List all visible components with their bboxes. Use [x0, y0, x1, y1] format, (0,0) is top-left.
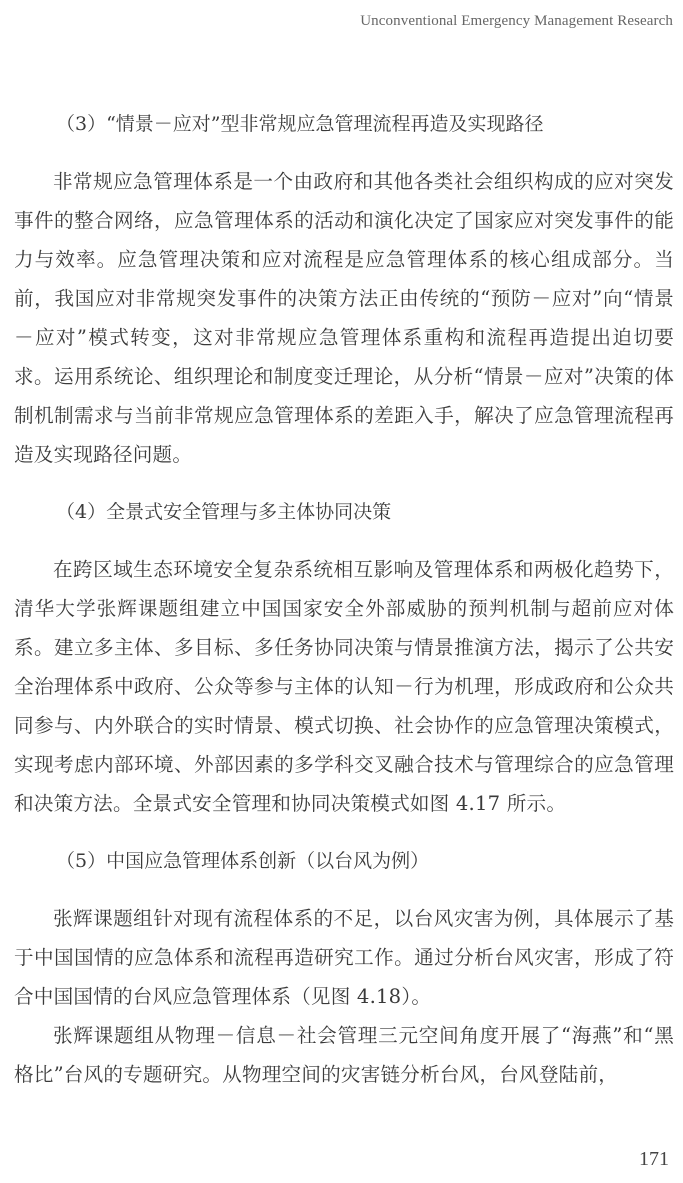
page-body: （3）“情景－应对”型非常规应急管理流程再造及实现路径 非常规应急管理体系是一个… — [14, 104, 674, 1094]
body-paragraph: 张辉课题组针对现有流程体系的不足，以台风灾害为例，具体展示了基于中国国情的应急体… — [14, 899, 674, 1016]
body-paragraph: 张辉课题组从物理－信息－社会管理三元空间角度开展了“海燕”和“黑格比”台风的专题… — [14, 1016, 674, 1094]
section-5: （5）中国应急管理体系创新（以台风为例） 张辉课题组针对现有流程体系的不足，以台… — [14, 841, 674, 1094]
section-4: （4）全景式安全管理与多主体协同决策 在跨区域生态环境安全复杂系统相互影响及管理… — [14, 492, 674, 823]
section-heading: （5）中国应急管理体系创新（以台风为例） — [14, 841, 674, 881]
section-heading: （3）“情景－应对”型非常规应急管理流程再造及实现路径 — [14, 104, 674, 144]
body-paragraph: 在跨区域生态环境安全复杂系统相互影响及管理体系和两极化趋势下，清华大学张辉课题组… — [14, 550, 674, 823]
section-3: （3）“情景－应对”型非常规应急管理流程再造及实现路径 非常规应急管理体系是一个… — [14, 104, 674, 474]
body-paragraph: 非常规应急管理体系是一个由政府和其他各类社会组织构成的应对突发事件的整合网络，应… — [14, 162, 674, 474]
section-heading: （4）全景式安全管理与多主体协同决策 — [14, 492, 674, 532]
running-header: Unconventional Emergency Management Rese… — [360, 13, 673, 30]
page-number: 171 — [639, 1148, 669, 1171]
